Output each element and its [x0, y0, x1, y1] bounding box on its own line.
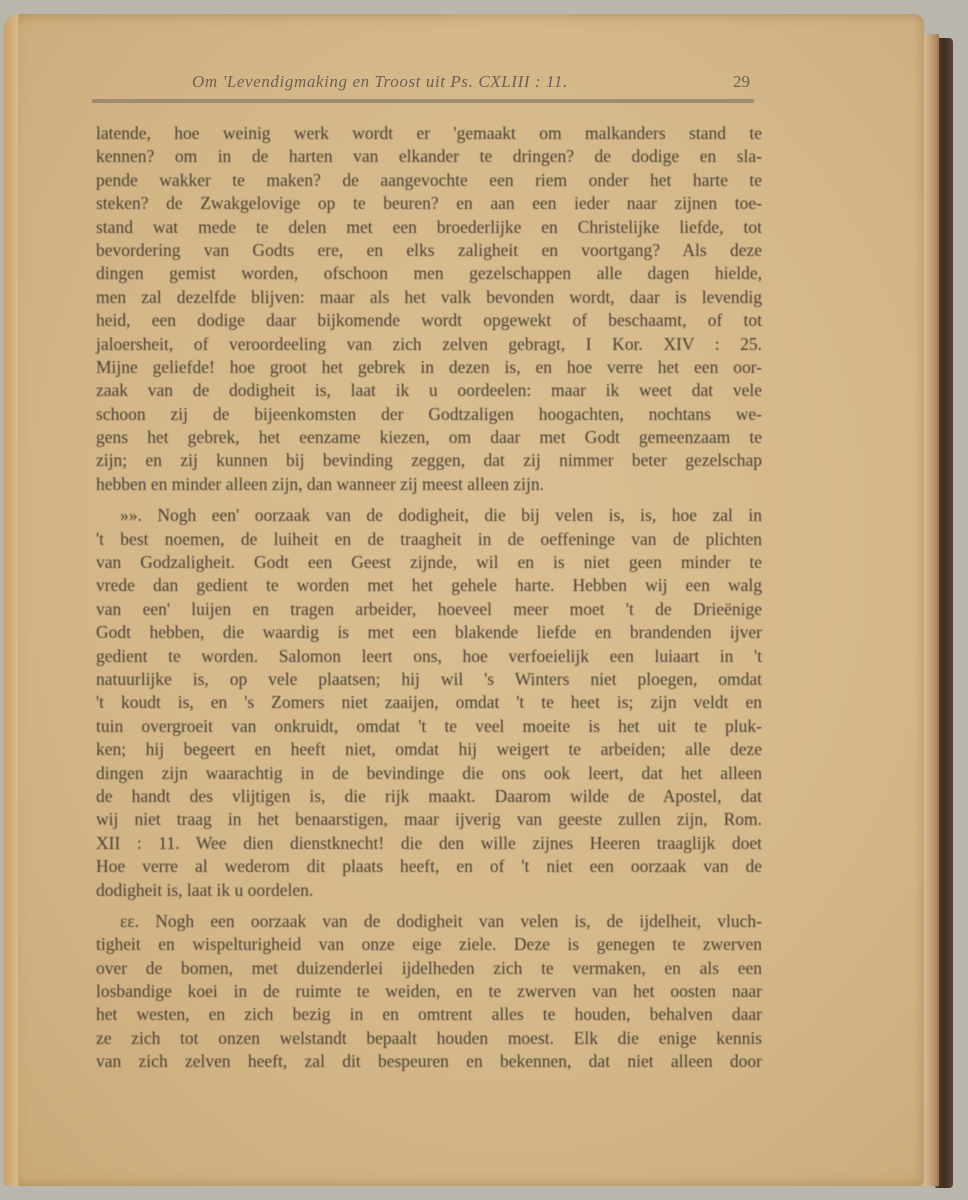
text-line: tigheit en wispelturigheid van onze eige… [96, 933, 762, 956]
text-line: 't koudt is, en 's Zomers niet zaaijen, … [96, 691, 762, 714]
text-line: natuurlijke is, op vele plaatsen; hij wi… [96, 668, 762, 691]
paragraph-1: latende, hoe weinig werk wordt er 'gemaa… [96, 122, 762, 496]
text-line: dingen zijn waarachtig in de bevindinge … [96, 762, 762, 785]
text-line: kennen? om in de harten van elkander te … [96, 145, 762, 168]
text-line: Godt hebben, die waardig is met een blak… [96, 621, 762, 644]
text-line: 't best noemen, de luiheit en de traaghe… [96, 528, 762, 551]
text-line: zaak van de dodigheit is, laat ik u oord… [96, 379, 762, 402]
text-line: wij niet traag in het benaarstigen, maar… [96, 808, 762, 831]
text-line: vrede dan gedient te worden met het gehe… [96, 574, 762, 597]
text-line: stand wat mede te delen met een broederl… [96, 216, 762, 239]
text-line: men zal dezelfde blijven: maar als het v… [96, 286, 762, 309]
text-line: schoon zij de bijeenkomsten der Godtzali… [96, 403, 762, 426]
text-line: van Godzaligheit. Godt een Geest zijnde,… [96, 551, 762, 574]
text-line: latende, hoe weinig werk wordt er 'gemaa… [96, 122, 762, 145]
body-text: latende, hoe weinig werk wordt er 'gemaa… [96, 122, 762, 1074]
page-number: 29 [733, 72, 750, 92]
text-line: jaloersheit, of veroordeeling van zich z… [96, 333, 762, 356]
text-line: steken? de Zwakgelovige op te beuren? en… [96, 192, 762, 215]
text-line: dodigheit is, laat ik u oordelen. [96, 879, 762, 902]
text-line: losbandige koei in de ruimte te weiden, … [96, 980, 762, 1003]
text-line: XII : 11. Wee dien dienstknecht! die den… [96, 832, 762, 855]
text-line: bevordering van Godts ere, en elks zalig… [96, 239, 762, 262]
paragraph-3: ɛɛ. Nogh een oorzaak van de dodigheit va… [96, 910, 762, 1074]
text-line: van een' luijen en tragen arbeider, hoev… [96, 598, 762, 621]
text-line: Hoe verre al wederom dit plaats heeft, e… [96, 855, 762, 878]
text-line: ze zich tot onzen welstandt bepaalt houd… [96, 1027, 762, 1050]
text-line: heid, een dodige daar bijkomende wordt o… [96, 309, 762, 332]
text-line: ken; hij begeert en heeft niet, omdat hi… [96, 738, 762, 761]
header-rule [92, 99, 754, 103]
paragraph-2: »». Nogh een' oorzaak van de dodigheit, … [96, 504, 762, 902]
text-line: gedient te worden. Salomon leert ons, ho… [96, 645, 762, 668]
page-gutter [4, 14, 18, 1186]
text-line: pende wakker te maken? de aangevochte ee… [96, 169, 762, 192]
text-line: het westen, en zich bezig in en omtrent … [96, 1003, 762, 1026]
text-line: gens het gebrek, het eenzame kiezen, om … [96, 426, 762, 449]
running-title: Om 'Levendigmaking en Troost uit Ps. CXL… [192, 72, 568, 92]
text-line: tuin overgroeit van onkruidt, omdat 't t… [96, 715, 762, 738]
text-line: dingen gemist worden, ofschoon men gezel… [96, 262, 762, 285]
text-line: ɛɛ. Nogh een oorzaak van de dodigheit va… [96, 910, 762, 933]
text-line: hebben en minder alleen zijn, dan wannee… [96, 473, 762, 496]
text-line: van zich zelven heeft, zal dit bespeuren… [96, 1050, 762, 1073]
text-line: zijn; en zij kunnen bij bevinding zeggen… [96, 449, 762, 472]
text-line: »». Nogh een' oorzaak van de dodigheit, … [96, 504, 762, 527]
text-line: over de bomen, met duizenderlei ijdelhed… [96, 957, 762, 980]
text-line: Mijne geliefde! hoe groot het gebrek in … [96, 356, 762, 379]
text-line: de handt des vlijtigen is, die rijk maak… [96, 785, 762, 808]
running-header: Om 'Levendigmaking en Troost uit Ps. CXL… [92, 72, 754, 96]
